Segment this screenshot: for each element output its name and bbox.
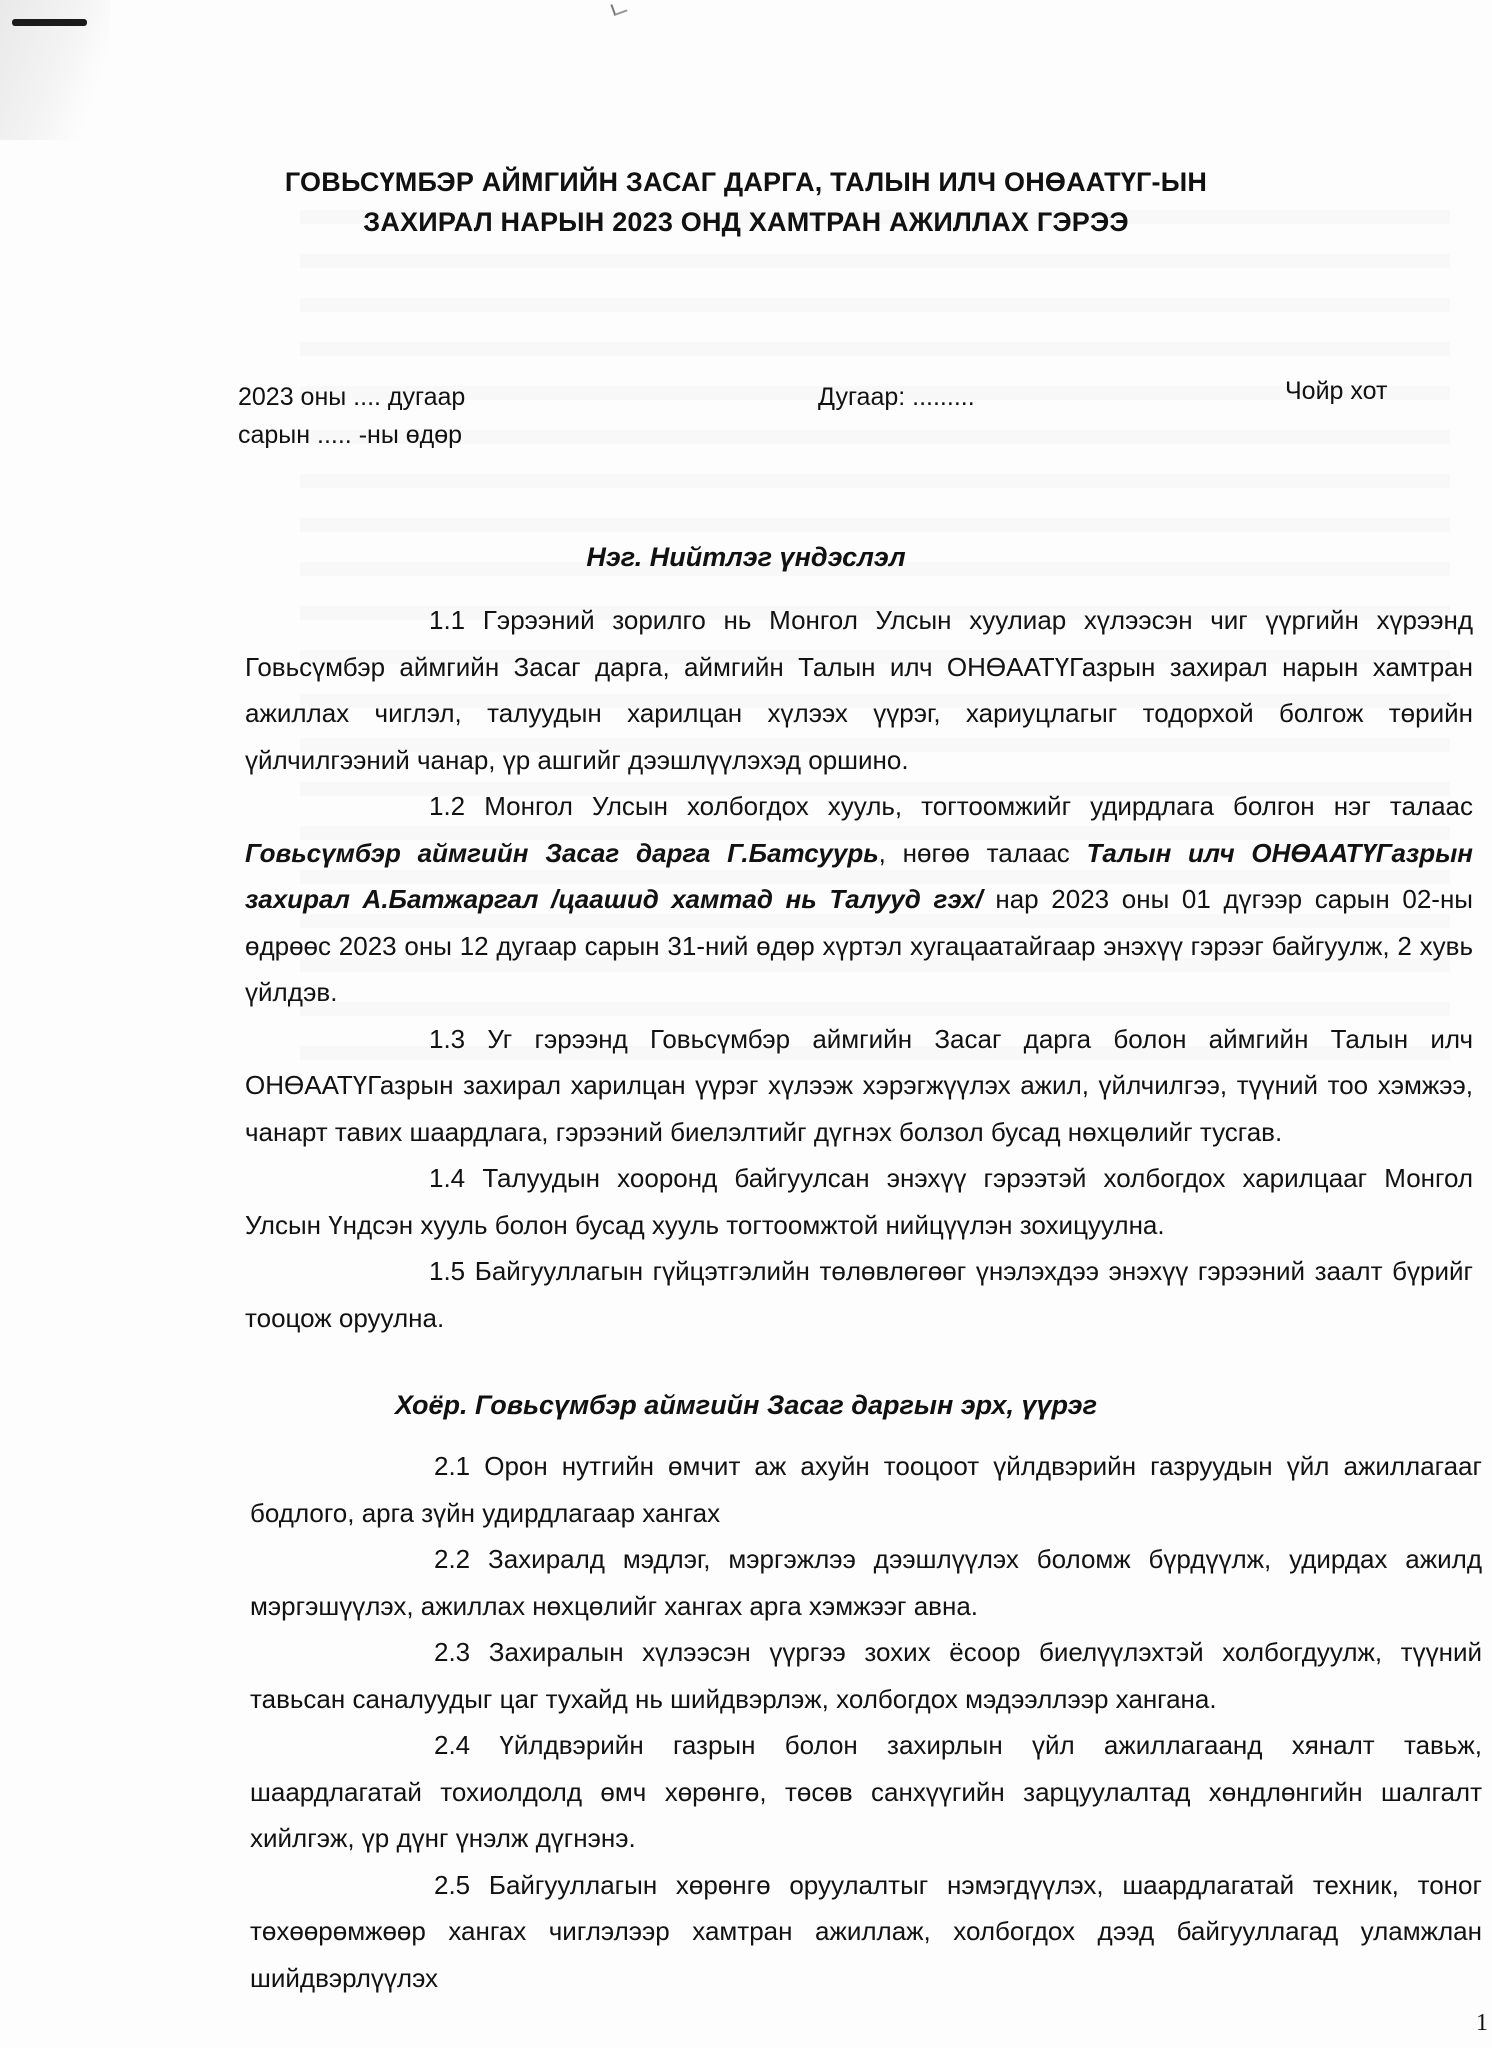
clause-number: 1.3 [337,1016,465,1063]
page-number: 1 [1476,2010,1488,2037]
clause-text: Монгол Улсын холбогдох хууль, тогтоомжий… [484,791,1473,821]
clause-number: 1.5 [337,1248,465,1295]
clause-number: 2.4 [342,1722,470,1769]
scan-speck [610,0,627,16]
clause-number: 2.2 [342,1536,470,1583]
clause-2-2: 2.2 Захиралд мэдлэг, мэргэжлээ дээшлүүлэ… [250,1536,1482,1629]
date-line-2: сарын ..... -ны өдөр [238,416,465,454]
document-number: Дугаар: ......... [818,378,975,416]
section-2-body: 2.1 Орон нутгийн өмчит аж ахуйн тооцоот … [250,1443,1482,2001]
clause-2-5: 2.5 Байгууллагын хөрөнгө оруулалтыг нэмэ… [250,1862,1482,2002]
section-heading-1: Нэг. Нийтлэг үндэслэл [0,542,1492,573]
date-line-1: 2023 оны .... дугаар [238,378,465,416]
section-1-body: 1.1 Гэрээний зорилго нь Монгол Улсын хуу… [245,597,1473,1341]
title-line-1: ГОВЬСҮМБЭР АЙМГИЙН ЗАСАГ ДАРГА, ТАЛЫН ИЛ… [0,162,1492,202]
section-heading-2: Хоёр. Говьсүмбэр аймгийн Засаг даргын эр… [0,1390,1492,1421]
place-name: Чойр хот [1285,372,1387,410]
clause-2-3: 2.3 Захиралын хүлээсэн үүргээ зохих ёсоо… [250,1629,1482,1722]
clause-1-2: 1.2 Монгол Улсын холбогдох хууль, тогтоо… [245,783,1473,1016]
clause-number: 2.5 [342,1862,470,1909]
corner-mark [12,19,87,26]
clause-text: , нөгөө талаас [879,838,1087,868]
clause-2-1: 2.1 Орон нутгийн өмчит аж ахуйн тооцоот … [250,1443,1482,1536]
clause-2-4: 2.4 Үйлдвэрийн газрын болон захирлын үйл… [250,1722,1482,1862]
parties-definition: /цаашид хамтад нь Талууд гэх/ [538,884,982,914]
clause-number: 1.1 [337,597,465,644]
party-1-name: Говьсүмбэр аймгийн Засаг дарга Г.Батсуур… [245,838,879,868]
clause-number: 1.4 [337,1155,465,1202]
document-title: ГОВЬСҮМБЭР АЙМГИЙН ЗАСАГ ДАРГА, ТАЛЫН ИЛ… [0,162,1492,242]
clause-1-3: 1.3 Уг гэрээнд Говьсүмбэр аймгийн Засаг … [245,1016,1473,1156]
title-line-2: ЗАХИРАЛ НАРЫН 2023 ОНД ХАМТРАН АЖИЛЛАХ Г… [0,202,1492,242]
clause-number: 2.3 [342,1629,470,1676]
clause-1-5: 1.5 Байгууллагын гүйцэтгэлийн төлөвлөгөө… [245,1248,1473,1341]
date-block: 2023 оны .... дугаар сарын ..... -ны өдө… [238,378,465,454]
clause-1-4: 1.4 Талуудын хооронд байгуулсан энэхүү г… [245,1155,1473,1248]
clause-1-1: 1.1 Гэрээний зорилго нь Монгол Улсын хуу… [245,597,1473,783]
clause-number: 2.1 [342,1443,470,1490]
clause-number: 1.2 [337,783,465,830]
